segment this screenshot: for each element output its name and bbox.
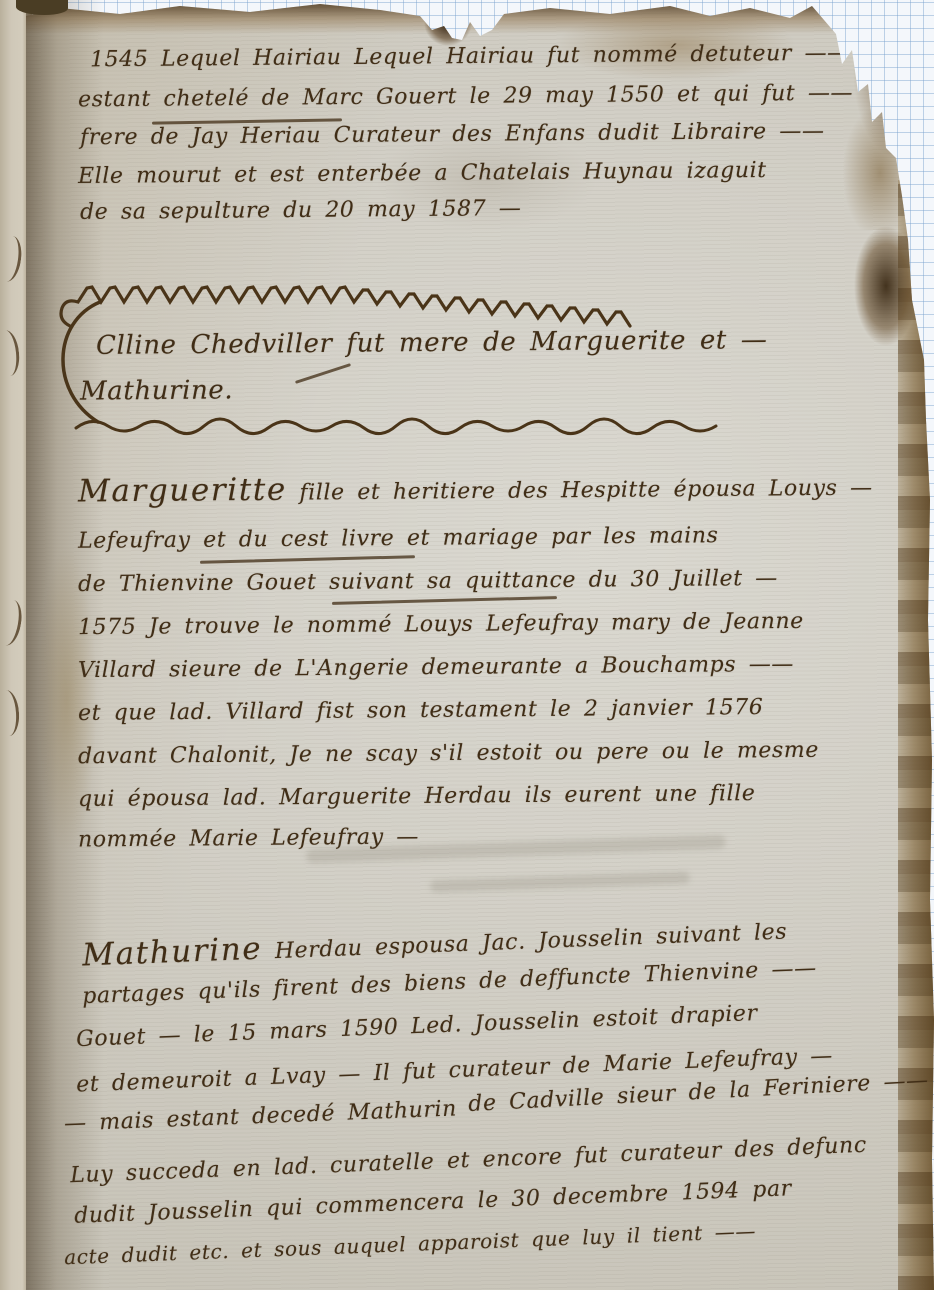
mathurine-line-3: Gouet — le 15 mars 1590 Led. Jousselin e… (76, 1001, 758, 1052)
entry-1550-line-2: estant chetelé de Marc Gouert le 29 may … (78, 81, 853, 113)
burn-notch-blob (424, 0, 472, 46)
mathurine-line-5: — mais estant decedé Mathurin (64, 1096, 458, 1136)
marguerite-line-1-rest: fille et heritiere des Hespitte épousa L… (299, 476, 872, 506)
deckle-right-edge (898, 180, 934, 1290)
marguerite-line-7: davant Chalonit, Je ne scay s'il estoit … (78, 738, 819, 769)
strike-mark (200, 555, 415, 564)
right-edge-ink-blob (854, 226, 918, 346)
manuscript-photo: 1545 Lequel Hairiau Lequel Hairiau fut n… (0, 0, 934, 1290)
entry-1550-line-1: 1545 Lequel Hairiau Lequel Hairiau fut n… (90, 41, 850, 73)
marguerite-line-4: 1575 Je trouve le nommé Louys Lefeufray … (78, 609, 804, 640)
mathurine-line-8: acte dudit etc. et sous auquel apparoist… (64, 1219, 757, 1270)
torn-corner-stain (814, 0, 934, 230)
marguerite-line-8: qui épousa lad. Marguerite Herdau ils eu… (78, 781, 756, 812)
marguerite-line-2: Lefeufray et du cest livre et mariage pa… (78, 523, 719, 554)
marguerite-line-6: et que lad. Villard fist son testament l… (78, 695, 764, 726)
mathurine-lead-word: Mathurine (82, 931, 263, 974)
marguerite-lead-word: Margueritte (78, 472, 287, 510)
family-header-line-1: Clline Chedviller fut mere de Marguerite… (96, 325, 768, 361)
family-header-line-2: Mathurine. (80, 375, 233, 406)
marguerite-line-1: Margueritte fille et heritiere des Hespi… (78, 467, 873, 510)
fut-underline-mark (295, 363, 351, 384)
mathurine-line-1-rest: Herdau espousa Jac. Jousselin suivant le… (274, 919, 787, 964)
strike-mark (332, 596, 557, 605)
entry-1550-line-4: Elle mourut et est enterbée a Chatelais … (78, 158, 767, 189)
marguerite-line-5: Villard sieure de L'Angerie demeurante a… (78, 652, 794, 683)
entry-1550-line-5: de sa sepulture du 20 may 1587 — (80, 196, 522, 225)
marguerite-line-3: de Thienvine Gouet suivant sa quittance … (78, 566, 778, 597)
manuscript-page: 1545 Lequel Hairiau Lequel Hairiau fut n… (26, 0, 934, 1290)
wavy-divider (72, 414, 752, 440)
showthrough-ghost-text (430, 871, 690, 892)
